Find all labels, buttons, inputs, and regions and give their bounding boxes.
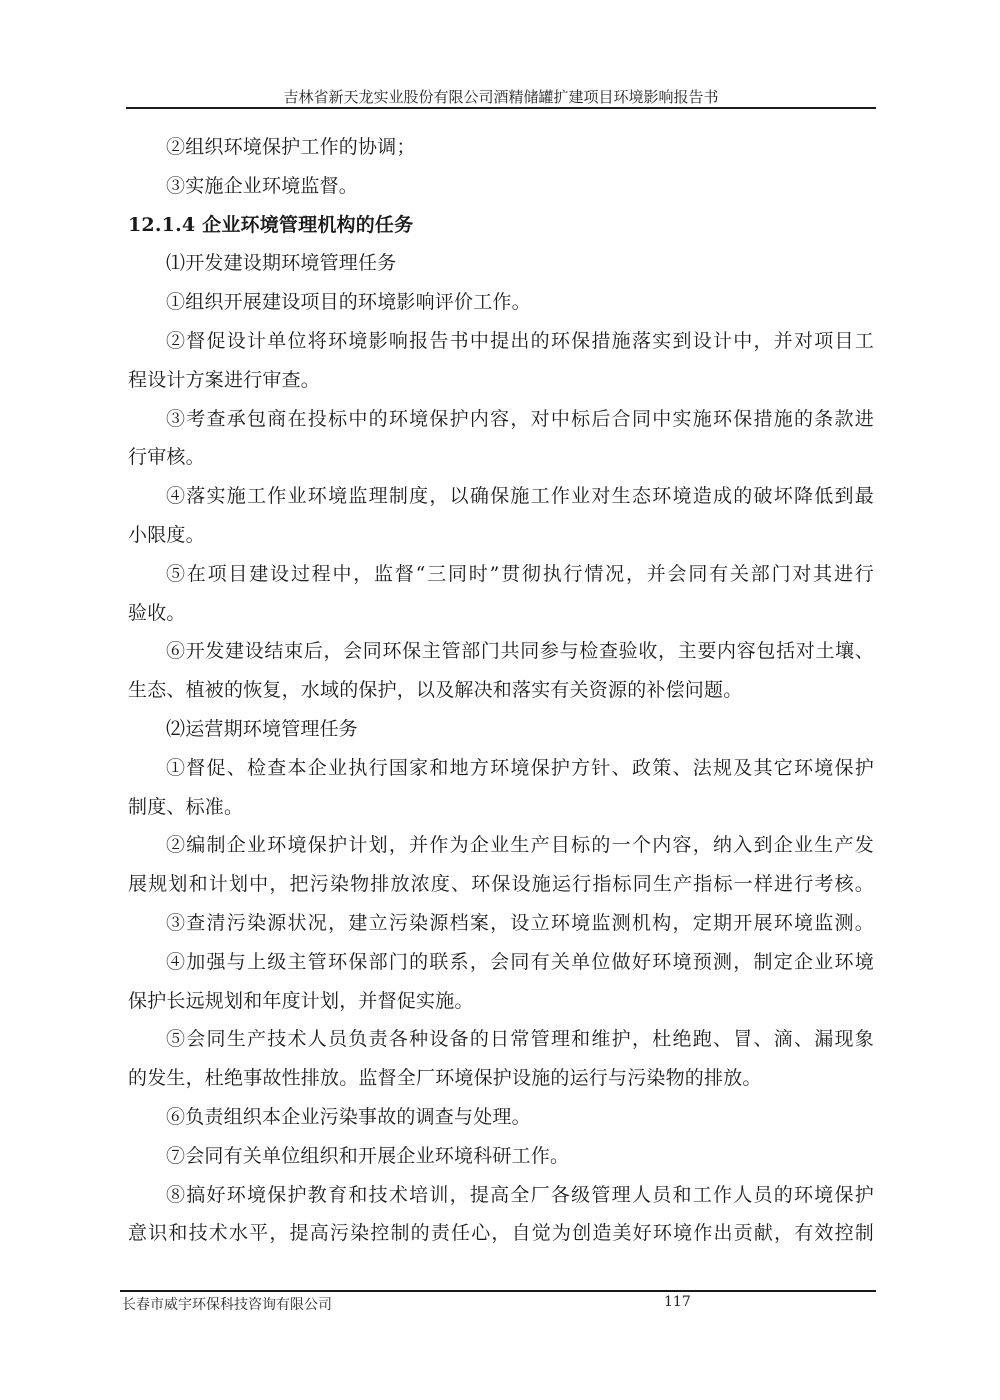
paragraph-line: 展规划和计划中，把污染物排放浓度、环保设施运行指标同生产指标一样进行考核。	[128, 865, 874, 904]
paragraph-line: 验收。	[128, 594, 874, 633]
paragraph-line: ⑦会同有关单位组织和开展企业环境科研工作。	[128, 1137, 874, 1176]
paragraph-line: ①组织开展建设项目的环境影响评价工作。	[128, 283, 874, 322]
paragraph-line: 行审核。	[128, 438, 874, 477]
paragraph-line: ⑥开发建设结束后，会同环保主管部门共同参与检查验收，主要内容包括对土壤、	[128, 632, 874, 671]
section-heading: 12.1.4 企业环境管理机构的任务	[128, 206, 874, 245]
document-header-title: 吉林省新天龙实业股份有限公司酒精储罐扩建项目环境影响报告书	[126, 86, 876, 107]
paragraph-line: ④加强与上级主管环保部门的联系，会同有关单位做好环境预测，制定企业环境	[128, 943, 874, 982]
paragraph-line: 制度、标准。	[128, 788, 874, 827]
paragraph-line: ②编制企业环境保护计划，并作为企业生产目标的一个内容，纳入到企业生产发	[128, 826, 874, 865]
subsection-heading: ⑵运营期环境管理任务	[128, 710, 874, 749]
page-number: 117	[664, 1294, 691, 1310]
header-divider	[126, 107, 876, 109]
paragraph-line: ⑤会同生产技术人员负责各种设备的日常管理和维护，杜绝跑、冒、滴、漏现象	[128, 1020, 874, 1059]
paragraph-line: ②组织环境保护工作的协调；	[128, 128, 874, 167]
paragraph-line: ①督促、检查本企业执行国家和地方环境保护方针、政策、法规及其它环境保护	[128, 749, 874, 788]
paragraph-line: ③实施企业环境监督。	[128, 167, 874, 206]
paragraph-line: ⑧搞好环境保护教育和技术培训，提高全厂各级管理人员和工作人员的环境保护	[128, 1176, 874, 1215]
document-body: ②组织环境保护工作的协调； ③实施企业环境监督。 12.1.4 企业环境管理机构…	[128, 128, 874, 1253]
paragraph-line: 生态、植被的恢复，水域的保护，以及解决和落实有关资源的补偿问题。	[128, 671, 874, 710]
paragraph-line: 的发生，杜绝事故性排放。监督全厂环境保护设施的运行与污染物的排放。	[128, 1059, 874, 1098]
footer-divider	[120, 1290, 876, 1292]
paragraph-line: ⑥负责组织本企业污染事故的调查与处理。	[128, 1098, 874, 1137]
paragraph-line: 小限度。	[128, 516, 874, 555]
paragraph-line: 保护长远规划和年度计划，并督促实施。	[128, 982, 874, 1021]
footer-company: 长春市威宇环保科技咨询有限公司	[122, 1294, 332, 1314]
paragraph-line: ④落实施工作业环境监理制度，以确保施工作业对生态环境造成的破坏降低到最	[128, 477, 874, 516]
subsection-heading: ⑴开发建设期环境管理任务	[128, 244, 874, 283]
paragraph-line: ③查清污染源状况，建立污染源档案，设立环境监测机构，定期开展环境监测。	[128, 904, 874, 943]
paragraph-line: ⑤在项目建设过程中，监督“三同时”贯彻执行情况，并会同有关部门对其进行	[128, 555, 874, 594]
paragraph-line: 意识和技术水平，提高污染控制的责任心，自觉为创造美好环境作出贡献，有效控制	[128, 1214, 874, 1253]
paragraph-line: ②督促设计单位将环境影响报告书中提出的环保措施落实到设计中，并对项目工	[128, 322, 874, 361]
paragraph-line: 程设计方案进行审查。	[128, 361, 874, 400]
paragraph-line: ③考查承包商在投标中的环境保护内容，对中标后合同中实施环保措施的条款进	[128, 400, 874, 439]
